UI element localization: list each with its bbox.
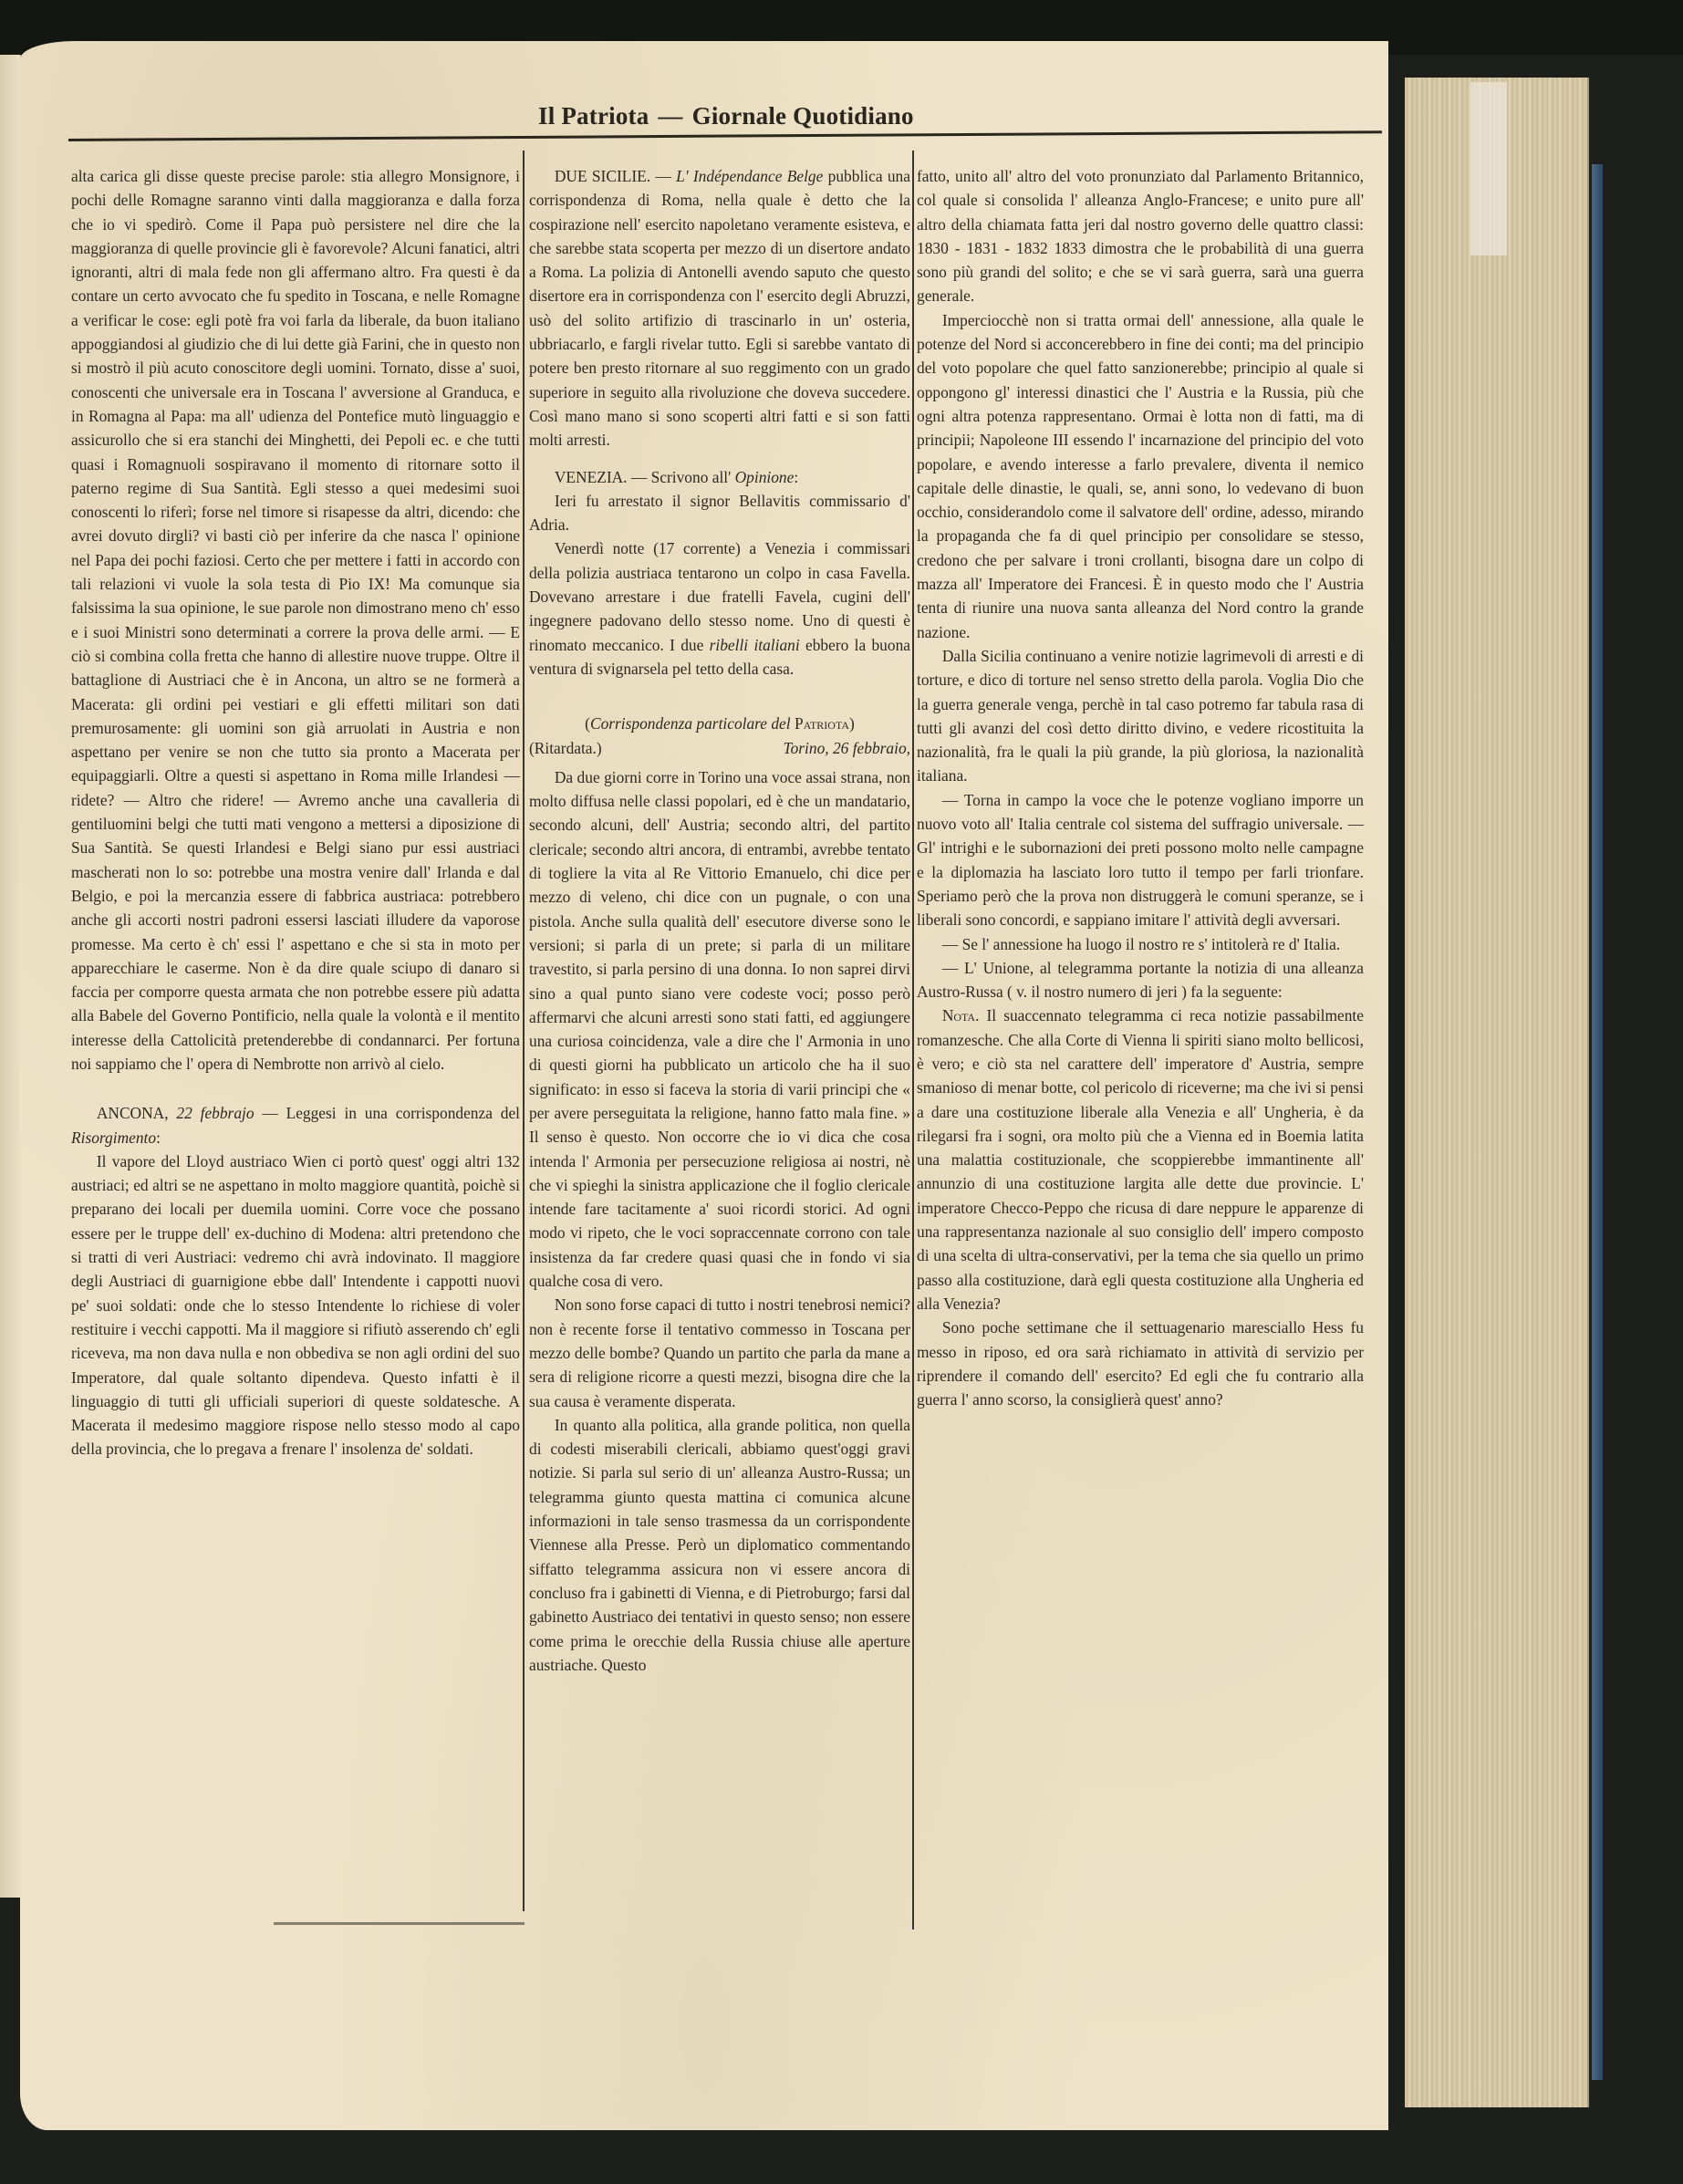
ancona-heading: ANCONA, 22 febbrajo — Leggesi in una cor… xyxy=(71,1101,520,1149)
facing-page-edge xyxy=(0,55,21,1898)
col3-p1: fatto, unito all' altro del voto pronunz… xyxy=(917,164,1364,308)
venezia-heading: VENEZIA. — Scrivono all' Opinione: xyxy=(529,465,910,489)
column-1: alta carica gli disse queste precise par… xyxy=(71,164,520,1461)
col3-p6: — L' Unione, al telegramma portante la n… xyxy=(917,956,1364,1004)
correspondence-dateline: (Ritardata.) Torino, 26 febbraio, xyxy=(529,736,910,760)
end-rule xyxy=(274,1922,525,1925)
column-3: fatto, unito all' altro del voto pronunz… xyxy=(917,164,1364,1411)
col3-p5: — Se l' annessione ha luogo il nostro re… xyxy=(917,932,1364,956)
column-2: DUE SICILIE. — L' Indépendance Belge pub… xyxy=(529,164,910,1677)
torino-p3: In quanto alla politica, alla grande pol… xyxy=(529,1413,910,1677)
col3-p4: — Torna in campo la voce che le potenze … xyxy=(917,788,1364,932)
masthead-subtitle: Giornale Quotidiano xyxy=(692,102,914,130)
masthead: Il Patriota — Giornale Quotidiano xyxy=(538,102,903,130)
col3-p3: Dalla Sicilia continuano a venire notizi… xyxy=(917,644,1364,788)
col3-p7: Sono poche settimane che il settuagenari… xyxy=(917,1316,1364,1411)
torino-p2: Non sono forse capaci di tutto i nostri … xyxy=(529,1293,910,1412)
nota-paragraph: Nota. Il suaccennato telegramma ci reca … xyxy=(917,1004,1364,1316)
column-divider-1 xyxy=(523,151,525,1911)
venezia-p1: Ieri fu arrestato il signor Bellavitis c… xyxy=(529,489,910,537)
due-sicilie-article: DUE SICILIE. — L' Indépendance Belge pub… xyxy=(529,164,910,452)
correspondence-heading: (Corrispondenza particolare del Patriota… xyxy=(529,712,910,735)
inserted-slip xyxy=(1470,82,1507,255)
col3-p2: Imperciocchè non si tratta ormai dell' a… xyxy=(917,308,1364,644)
masthead-dash: — xyxy=(658,102,682,130)
ancona-body: Il vapore del Lloyd austriaco Wien ci po… xyxy=(71,1149,520,1461)
article-papal-army: alta carica gli disse queste precise par… xyxy=(71,164,520,1076)
book-cover-edge xyxy=(1592,164,1603,2080)
book-page-edges xyxy=(1405,78,1589,2107)
column-divider-2 xyxy=(912,151,914,1929)
torino-p1: Da due giorni corre in Torino una voce a… xyxy=(529,765,910,1294)
masthead-title: Il Patriota xyxy=(538,102,649,130)
venezia-p2: Venerdì notte (17 corrente) a Venezia i … xyxy=(529,536,910,681)
